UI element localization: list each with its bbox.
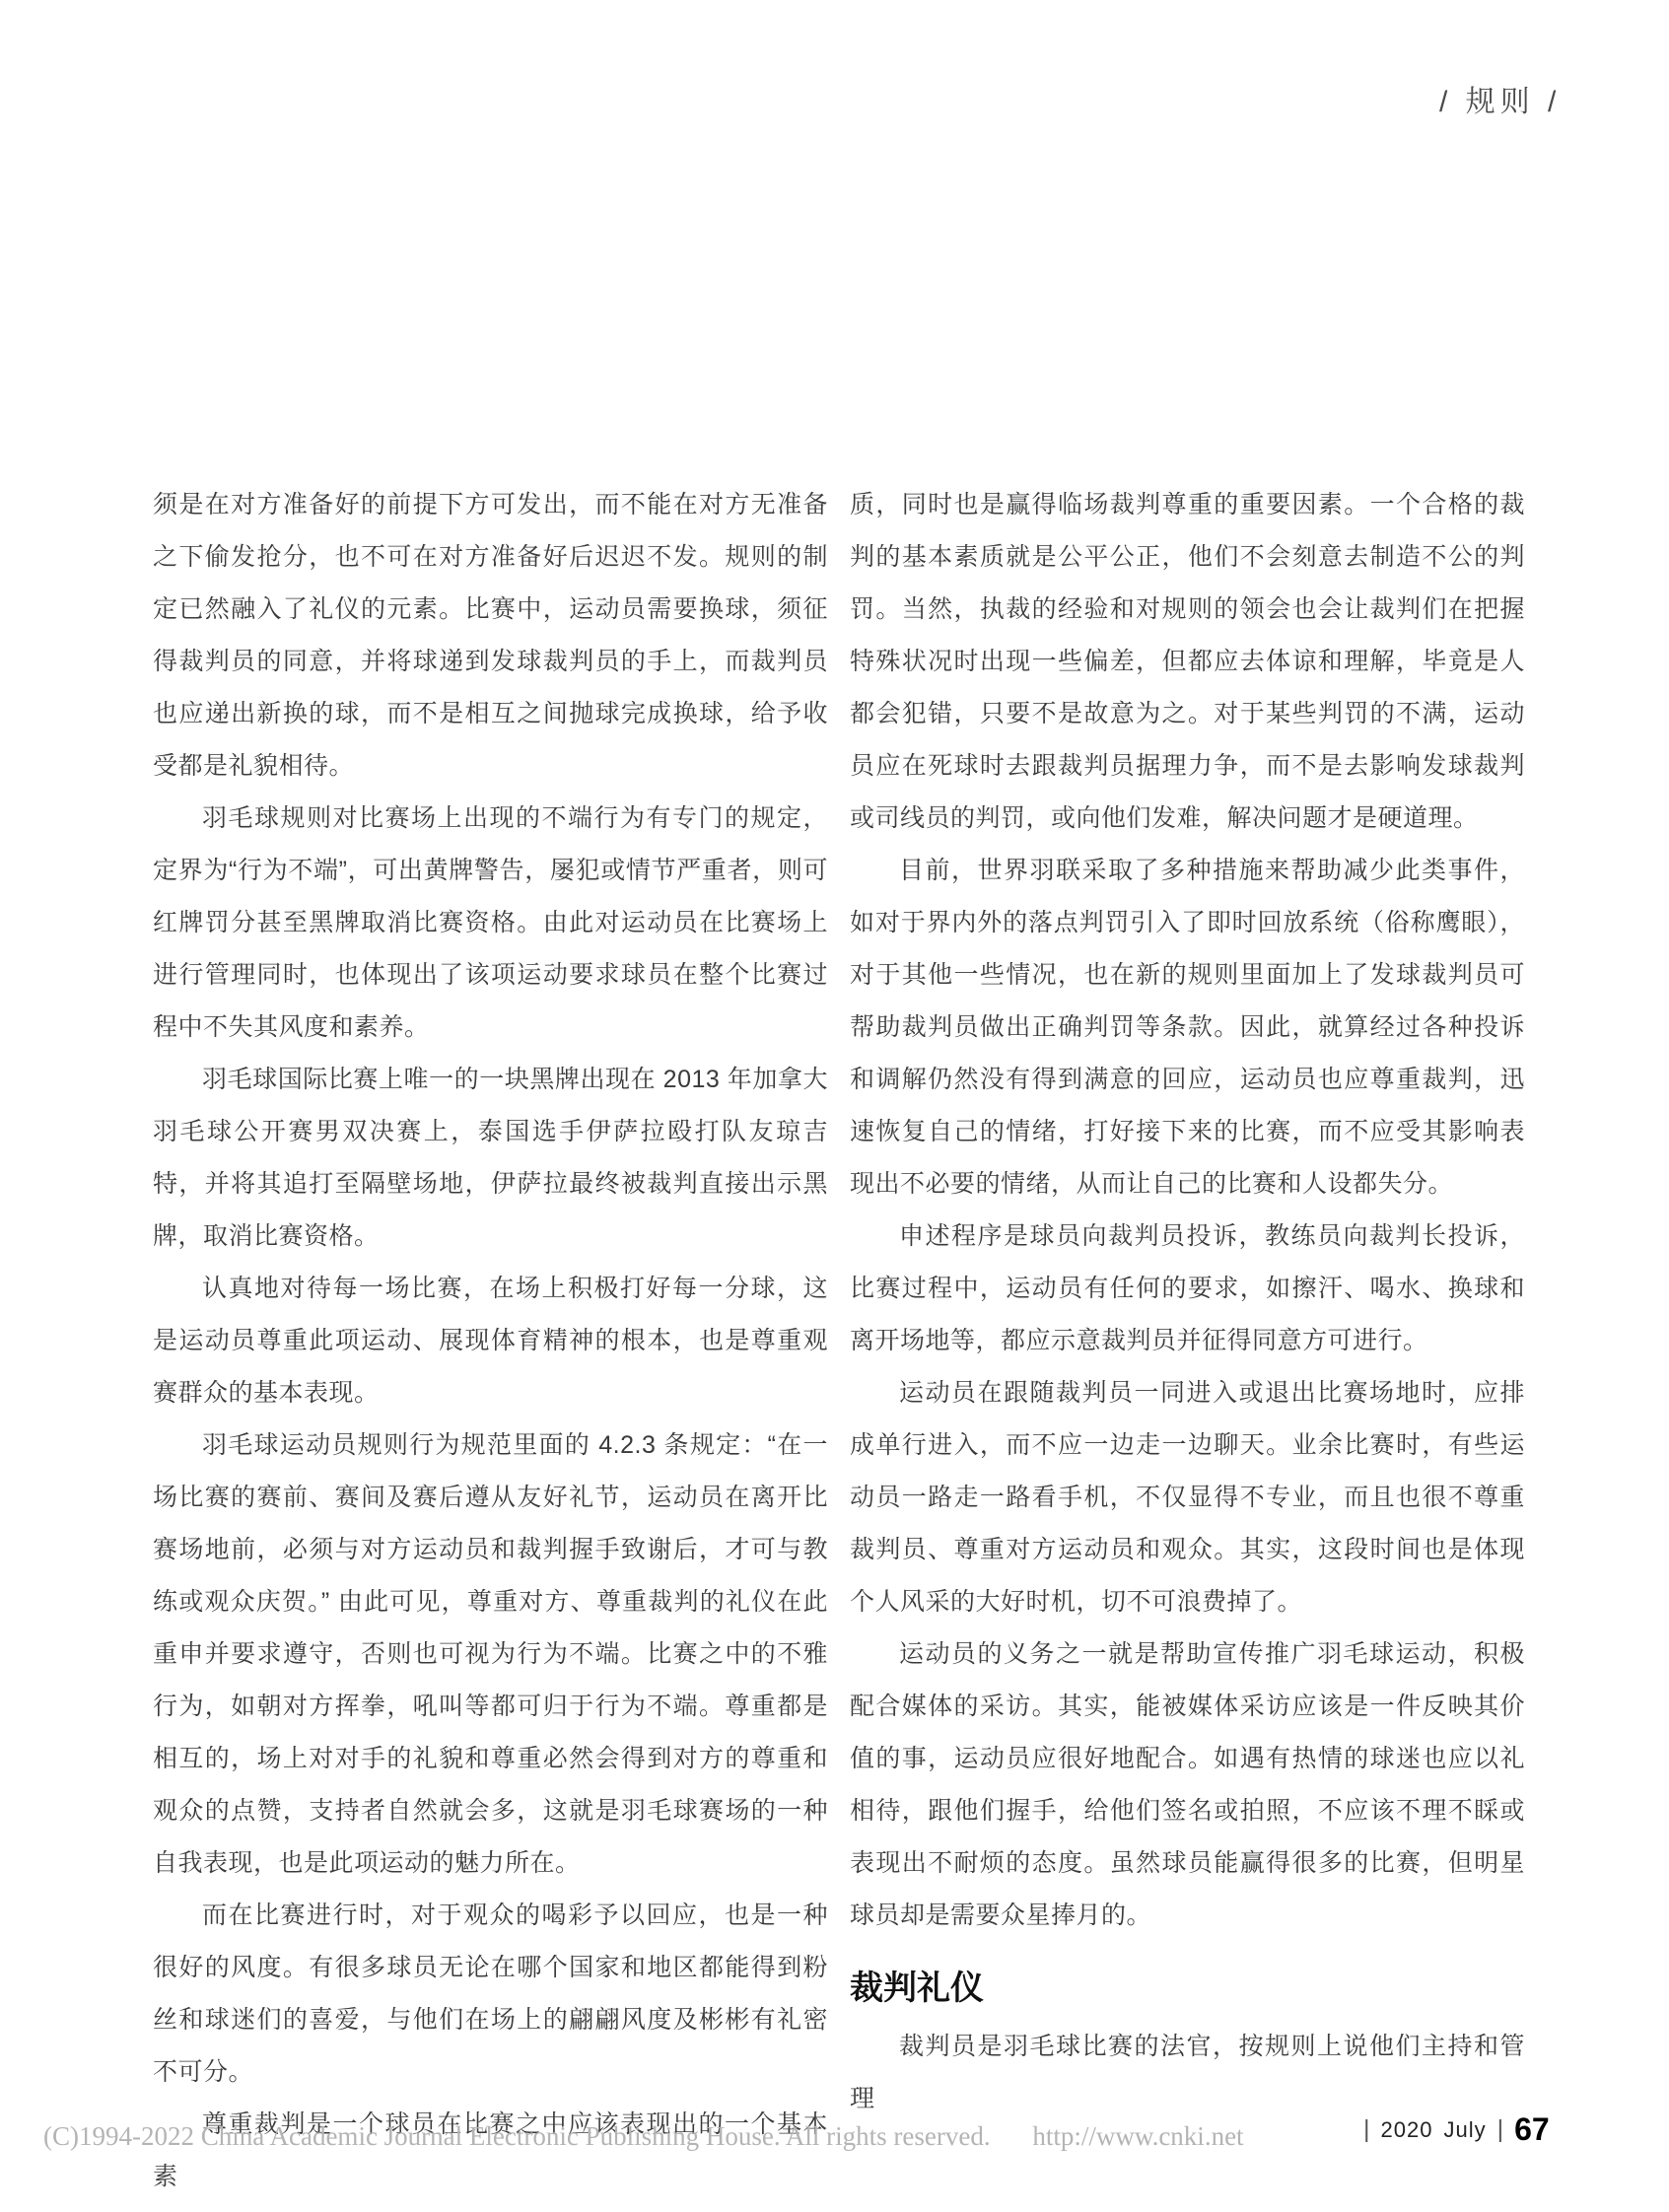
left-column: 须是在对方准备好的前提下方可发出，而不能在对方无准备之下偷发抢分，也不可在对方准… [153, 479, 828, 2203]
paragraph: 而在比赛进行时，对于观众的喝彩予以回应，也是一种很好的风度。有很多球员无论在哪个… [153, 1890, 828, 2099]
paragraph: 羽毛球规则对比赛场上出现的不端行为有专门的规定，定界为“行为不端”，可出黄牌警告… [153, 793, 828, 1054]
section-heading: 裁判礼仪 [850, 1968, 1525, 2009]
paragraph: 须是在对方准备好的前提下方可发出，而不能在对方无准备之下偷发抢分，也不可在对方准… [153, 479, 828, 793]
cnki-url-text: http://www.cnki.net [1032, 2121, 1243, 2151]
paragraph: 质，同时也是赢得临场裁判尊重的重要因素。一个合格的裁判的基本素质就是公平公正，他… [850, 479, 1525, 845]
article-body: 须是在对方准备好的前提下方可发出，而不能在对方无准备之下偷发抢分，也不可在对方准… [153, 479, 1526, 2203]
paragraph: 申述程序是球员向裁判员投诉，教练员向裁判长投诉，比赛过程中，运动员有任何的要求，… [850, 1210, 1525, 1367]
paragraph: 目前，世界羽联采取了多种措施来帮助减少此类事件，如对于界内外的落点判罚引入了即时… [850, 845, 1525, 1210]
paragraph-group-after-heading: 裁判员是羽毛球比赛的法官，按规则上说他们主持和管理 [850, 2021, 1525, 2125]
footer-copyright: (C)1994-2022 China Academic Journal Elec… [43, 2121, 1244, 2152]
right-column: 质，同时也是赢得临场裁判尊重的重要因素。一个合格的裁判的基本素质就是公平公正，他… [850, 479, 1525, 2203]
issue-year: 2020 [1381, 2117, 1433, 2143]
paragraph: 羽毛球国际比赛上唯一的一块黑牌出现在 2013 年加拿大羽毛球公开赛男双决赛上，… [153, 1054, 828, 1263]
footer-page-info: | 2020 July | 67 [1363, 2111, 1550, 2148]
issue-month: July [1443, 2117, 1486, 2143]
paragraph: 运动员的义务之一就是帮助宣传推广羽毛球运动，积极配合媒体的采访。其实，能被媒体采… [850, 1628, 1525, 1942]
document-page: / 规则 / 须是在对方准备好的前提下方可发出，而不能在对方无准备之下偷发抢分，… [0, 0, 1669, 2212]
paragraph: 运动员在跟随裁判员一同进入或退出比赛场地时，应排成单行进入，而不应一边走一边聊天… [850, 1367, 1525, 1628]
paragraph: 羽毛球运动员规则行为规范里面的 4.2.3 条规定：“在一场比赛的赛前、赛间及赛… [153, 1419, 828, 1890]
page-number: 67 [1514, 2111, 1550, 2148]
paragraph-group-before-heading: 质，同时也是赢得临场裁判尊重的重要因素。一个合格的裁判的基本素质就是公平公正，他… [850, 479, 1525, 1942]
divider-bar: | [1363, 2115, 1370, 2144]
page-header-section-label: / 规则 / [1439, 77, 1561, 120]
paragraph: 裁判员是羽毛球比赛的法官，按规则上说他们主持和管理 [850, 2021, 1525, 2125]
copyright-text: (C)1994-2022 China Academic Journal Elec… [43, 2121, 991, 2151]
paragraph: 认真地对待每一场比赛，在场上积极打好每一分球，这是运动员尊重此项运动、展现体育精… [153, 1263, 828, 1419]
divider-bar: | [1497, 2115, 1504, 2144]
